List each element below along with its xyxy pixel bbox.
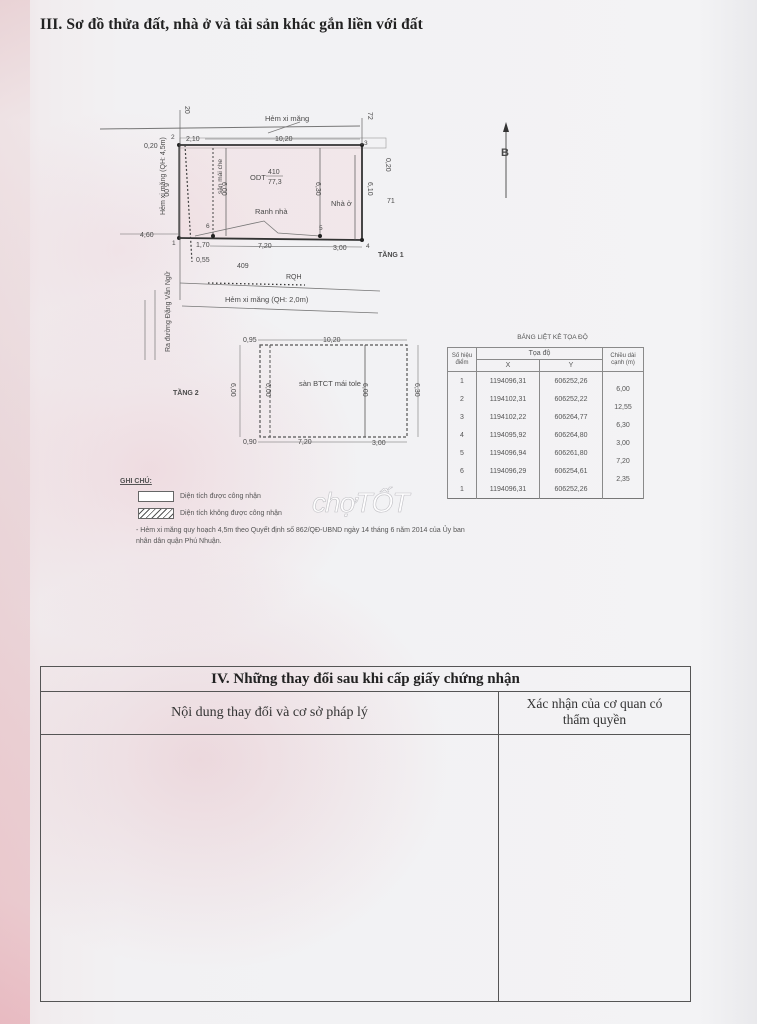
svg-text:Hẻm xi măng (QH: 4,5m): Hẻm xi măng (QH: 4,5m) — [160, 137, 167, 215]
svg-text:6: 6 — [206, 223, 210, 230]
svg-text:71: 71 — [387, 198, 395, 205]
svg-text:10,20: 10,20 — [323, 337, 341, 344]
svg-text:0,20: 0,20 — [384, 158, 391, 172]
authority-confirmation-header: Xác nhận của cơ quan có thẩm quyền — [499, 692, 690, 734]
legend-title: GHI CHÚ: — [120, 478, 466, 485]
svg-text:0,20: 0,20 — [144, 143, 158, 150]
legend-item-recognized: Diện tích được công nhận — [138, 491, 466, 502]
changes-table: IV. Những thay đổi sau khi cấp giấy chứn… — [40, 666, 691, 1002]
coordinate-table: Số hiệu điểm Tọa độ Chiều dài cạnh (m) X… — [447, 347, 644, 499]
svg-text:sàn BTCT mái tole: sàn BTCT mái tole — [299, 379, 361, 388]
svg-text:4: 4 — [366, 243, 370, 250]
table-row: 11194096,31606252,266,0012,556,303,007,2… — [448, 372, 644, 391]
header-edge: Chiều dài cạnh (m) — [603, 348, 644, 372]
svg-text:10,20: 10,20 — [275, 136, 293, 143]
svg-text:0,95: 0,95 — [243, 337, 257, 344]
svg-text:TẦNG 2: TẦNG 2 — [173, 387, 199, 397]
svg-text:TẦNG 1: TẦNG 1 — [378, 249, 404, 259]
changes-content-cell — [41, 735, 499, 1001]
svg-text:4,60: 4,60 — [140, 232, 154, 239]
header-y: Y — [540, 360, 603, 372]
svg-text:409: 409 — [237, 263, 249, 270]
svg-text:ODT: ODT — [250, 173, 266, 182]
svg-text:6,10: 6,10 — [366, 182, 373, 196]
legend-item-unrecognized: Diện tích không được công nhận — [138, 508, 466, 519]
svg-text:6,00: 6,00 — [229, 383, 236, 397]
header-x: X — [477, 360, 540, 372]
svg-text:Nhà ở: Nhà ở — [331, 199, 352, 208]
svg-text:7,20: 7,20 — [298, 439, 312, 446]
legend-note: - Hẻm xi măng quy hoạch 4,5m theo Quyết … — [136, 525, 466, 547]
svg-text:6,00: 6,00 — [361, 383, 368, 397]
svg-text:72: 72 — [366, 112, 373, 120]
land-plot-diagram: B Hẻm xi măng Ranh nhà ODT 410 77,3 Nhà … — [0, 0, 757, 660]
svg-text:Ra đường Đặng Văn Ngữ: Ra đường Đặng Văn Ngữ — [165, 271, 172, 352]
unrecognized-area-swatch — [138, 508, 174, 519]
header-point: Số hiệu điểm — [448, 348, 477, 372]
section4-title: IV. Những thay đổi sau khi cấp giấy chứn… — [41, 667, 690, 692]
svg-text:3,00: 3,00 — [333, 245, 347, 252]
svg-text:3: 3 — [364, 140, 368, 147]
svg-text:6,30: 6,30 — [314, 182, 321, 196]
changes-content-header: Nội dung thay đổi và cơ sở pháp lý — [41, 692, 499, 734]
svg-text:6,00: 6,00 — [220, 182, 227, 196]
svg-text:2,10: 2,10 — [186, 136, 200, 143]
svg-text:RQH: RQH — [286, 274, 302, 281]
svg-text:1,70: 1,70 — [196, 242, 210, 249]
svg-text:Hẻm xi măng (QH: 2,0m): Hẻm xi măng (QH: 2,0m) — [225, 295, 309, 304]
edge-lengths: 6,0012,556,303,007,202,35 — [603, 372, 644, 499]
svg-text:B: B — [501, 147, 509, 159]
legend: GHI CHÚ: Diện tích được công nhận Diện t… — [120, 478, 466, 547]
svg-text:5: 5 — [319, 225, 323, 232]
top-road-label: Hẻm xi măng — [265, 114, 309, 123]
authority-confirmation-cell — [499, 735, 690, 1001]
svg-text:0,55: 0,55 — [196, 257, 210, 264]
svg-text:2: 2 — [171, 134, 175, 141]
svg-text:6,30: 6,30 — [413, 383, 420, 397]
svg-text:3,00: 3,00 — [372, 440, 386, 447]
north-arrow-icon: B — [501, 122, 509, 198]
recognized-area-swatch — [138, 491, 174, 502]
svg-text:0,90: 0,90 — [243, 439, 257, 446]
svg-text:410: 410 — [268, 169, 280, 176]
svg-text:77,3: 77,3 — [268, 179, 282, 186]
svg-text:Ranh nhà: Ranh nhà — [255, 207, 288, 216]
svg-text:6,00: 6,00 — [264, 383, 271, 397]
svg-text:20: 20 — [183, 106, 190, 114]
floor2-plan: 0,95 10,20 0,90 7,20 3,00 sàn BTCT mái t… — [173, 337, 420, 447]
watermark-logo: chợTỐT — [312, 487, 408, 519]
coord-table-title: BẢNG LIỆT KÊ TỌA ĐỘ — [455, 334, 650, 341]
svg-text:1: 1 — [172, 240, 176, 247]
header-coords: Tọa độ — [477, 348, 603, 360]
